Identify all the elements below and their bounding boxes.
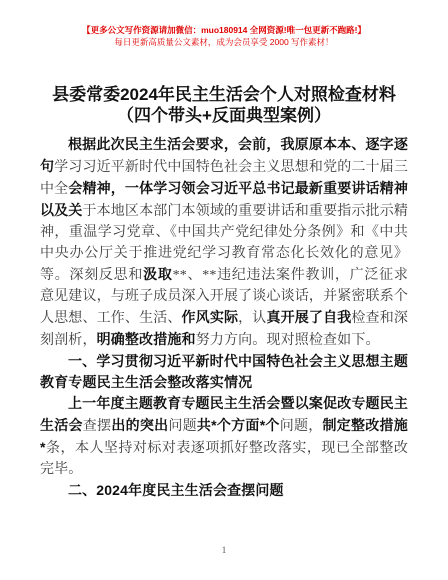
promo-watermark: 【更多公文写作资源请加微信：muo180914 全网资源!唯一包更新不跑路!】 …	[0, 24, 448, 48]
bold-text-run: 真开展了自我	[266, 309, 351, 325]
text-run: 查摆	[83, 419, 112, 434]
document-page: 【更多公文写作资源请加微信：muo180914 全网资源!唯一包更新不跑路!】 …	[0, 0, 448, 580]
document-title-line-2: （四个带头+反面典型案例）	[20, 105, 428, 126]
text-run: 问题	[168, 419, 197, 434]
text-run: 努力方向。现对照检查如下。	[196, 333, 380, 348]
body-paragraph: 上一年度主题教育专题民主生活会暨以案促改专题民主生活会查摆出的突出问题共*个方面…	[40, 393, 408, 480]
bold-text-run: 共*个方面*个	[197, 417, 280, 433]
promo-watermark-line-1: 【更多公文写作资源请加微信：muo180914 全网资源!唯一包更新不跑路!】	[0, 24, 448, 36]
promo-watermark-line-2: 每日更新高质量公文素材，成为会员享受 2000 写作素材！	[0, 36, 448, 48]
document-title-line-1: 县委常委2024年民主生活会个人对照检查材料	[20, 84, 428, 105]
text-run: 问题，	[280, 419, 323, 434]
document-body: 根据此次民主生活会要求，会前，我原原本本、逐字逐句学习习近平新时代中国特色社会主…	[40, 134, 408, 501]
section-heading: 一、学习贯彻习近平新时代中国特色社会主义思想主题教育专题民主生活会整改落实情况	[40, 351, 408, 393]
document-title: 县委常委2024年民主生活会个人对照检查材料 （四个带头+反面典型案例）	[20, 84, 428, 126]
section-heading: 二、2024年度民主生活会查摆问题	[40, 480, 408, 501]
bold-text-run: 汲取	[143, 266, 172, 282]
text-run: 条，本人坚持对标对表逐项抓好整改落实，现已全部整改完毕。	[40, 441, 408, 477]
page-number: 1	[222, 545, 227, 555]
bold-text-run: 二、2024年度民主生活会查摆问题	[68, 482, 284, 498]
page-footer: 1	[0, 540, 448, 558]
bold-text-run: 作风实际	[182, 309, 239, 325]
text-run: ，认	[238, 311, 266, 326]
bold-text-run: 明确整改措施和	[97, 331, 196, 347]
bold-text-run: 出的突出	[111, 417, 168, 433]
bold-text-run: 一、学习贯彻习近平新时代中国特色社会主义思想主题教育专题民主生活会整改落实情况	[40, 353, 408, 390]
body-paragraph: 根据此次民主生活会要求，会前，我原原本本、逐字逐句学习习近平新时代中国特色社会主…	[40, 134, 408, 351]
